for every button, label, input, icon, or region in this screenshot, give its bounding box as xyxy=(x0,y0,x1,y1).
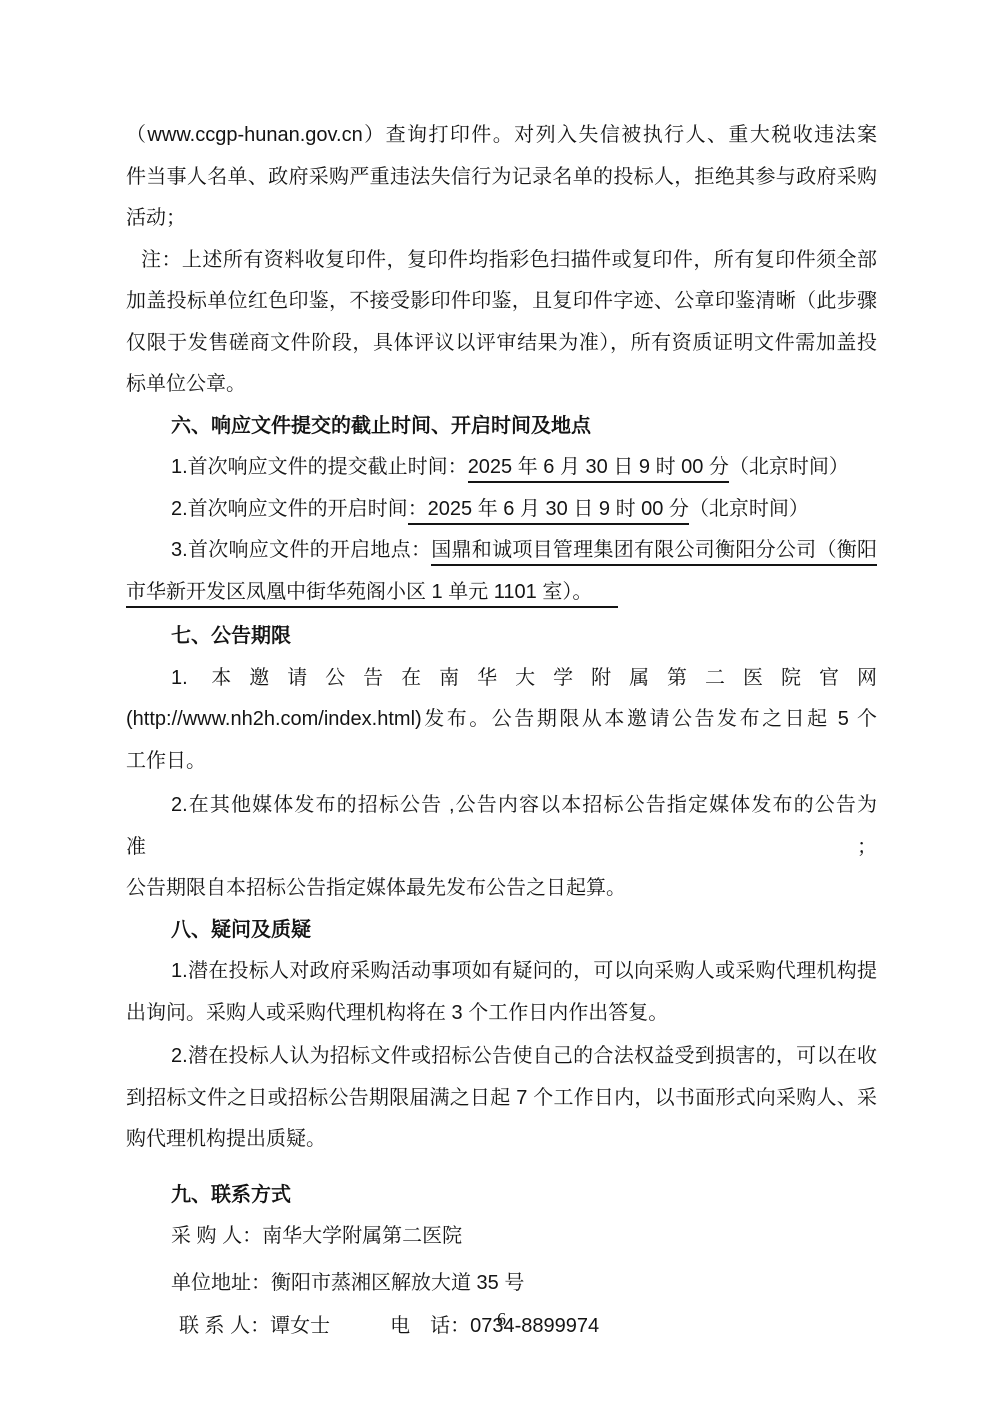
opening-location-item: 3.首次响应文件的开启地点：国鼎和诚项目管理集团有限公司衡阳分公司（衡阳 xyxy=(126,530,877,572)
submission-deadline-timezone: （北京时间） xyxy=(729,456,849,478)
buyer-line: 采 购 人：南华大学附属第二医院 xyxy=(126,1216,877,1258)
opening-location-value: 国鼎和诚项目管理集团有限公司衡阳分公司（衡阳 xyxy=(431,539,877,566)
inquiry-line: 1.潜在投标人对政府采购活动事项如有疑问的，可以向采购人或采购代理机构提 xyxy=(126,951,877,993)
opening-time-item: 2.首次响应文件的开启时间：2025 年 6 月 30 日 9 时 00 分（北… xyxy=(126,489,877,531)
note-line: 仅限于发售磋商文件阶段，具体评议以评审结果为准），所有资质证明文件需加盖投 xyxy=(126,323,877,365)
opening-location-wrap-line: 市华新开发区凤凰中街华苑阁小区 1 单元 1101 室）。 xyxy=(126,572,877,614)
announcement-line: 公告期限自本招标公告指定媒体最先发布公告之日起算。 xyxy=(126,868,877,910)
inquiry-line: 购代理机构提出质疑。 xyxy=(126,1119,877,1161)
announcement-line: 1. 本邀请公告在南华大学附属第二医院官网 xyxy=(126,658,877,700)
page-number: 6 xyxy=(126,1306,877,1332)
announcement-line: 2.在其他媒体发布的招标公告 ,公告内容以本招标公告指定媒体发布的公告为准； xyxy=(126,785,877,868)
opening-time-value: ：2025 年 6 月 30 日 9 时 00 分 xyxy=(408,498,689,525)
submission-deadline-label: 1.首次响应文件的提交截止时间： xyxy=(171,456,468,478)
opening-location-value-continued: 市华新开发区凤凰中街华苑阁小区 1 单元 1101 室）。 xyxy=(126,581,618,608)
note-line: 标单位公章。 xyxy=(126,364,877,406)
opening-time-timezone: （北京时间） xyxy=(689,498,809,520)
document-content: （www.ccgp-hunan.gov.cn）查询打印件。对列入失信被执行人、重… xyxy=(126,115,877,1348)
inquiry-line: 出询问。采购人或采购代理机构将在 3 个工作日内作出答复。 xyxy=(126,993,877,1035)
inquiry-line: 到招标文件之日或招标公告期限届满之日起 7 个工作日内，以书面形式向采购人、采 xyxy=(126,1078,877,1120)
address-line: 单位地址：衡阳市蒸湘区解放大道 35 号 xyxy=(126,1263,877,1305)
announcement-line: 工作日。 xyxy=(126,741,877,783)
document-page: （www.ccgp-hunan.gov.cn）查询打印件。对列入失信被执行人、重… xyxy=(0,0,1000,1414)
opening-time-label: 2.首次响应文件的开启时间 xyxy=(171,498,408,520)
inquiry-line: 2.潜在投标人认为招标文件或招标公告使自己的合法权益受到损害的，可以在收 xyxy=(126,1036,877,1078)
intro-line: 活动； xyxy=(126,198,877,240)
section-9-heading: 九、联系方式 xyxy=(126,1175,877,1217)
opening-location-label: 3.首次响应文件的开启地点： xyxy=(171,539,431,561)
section-8-heading: 八、疑问及质疑 xyxy=(126,910,877,952)
submission-deadline-item: 1.首次响应文件的提交截止时间：2025 年 6 月 30 日 9 时 00 分… xyxy=(126,447,877,489)
section-6-heading: 六、响应文件提交的截止时间、开启时间及地点 xyxy=(126,406,877,448)
intro-line: （www.ccgp-hunan.gov.cn）查询打印件。对列入失信被执行人、重… xyxy=(126,115,877,157)
note-line: 注：上述所有资料收复印件，复印件均指彩色扫描件或复印件，所有复印件须全部 xyxy=(126,240,877,282)
note-line: 加盖投标单位红色印鉴，不接受影印件印鉴，且复印件字迹、公章印鉴清晰（此步骤 xyxy=(126,281,877,323)
intro-line: 件当事人名单、政府采购严重违法失信行为记录名单的投标人，拒绝其参与政府采购 xyxy=(126,157,877,199)
section-7-heading: 七、公告期限 xyxy=(126,616,877,658)
submission-deadline-value: 2025 年 6 月 30 日 9 时 00 分 xyxy=(468,456,729,483)
announcement-line: (http://www.nh2h.com/index.html)发布。公告期限从… xyxy=(126,699,877,741)
